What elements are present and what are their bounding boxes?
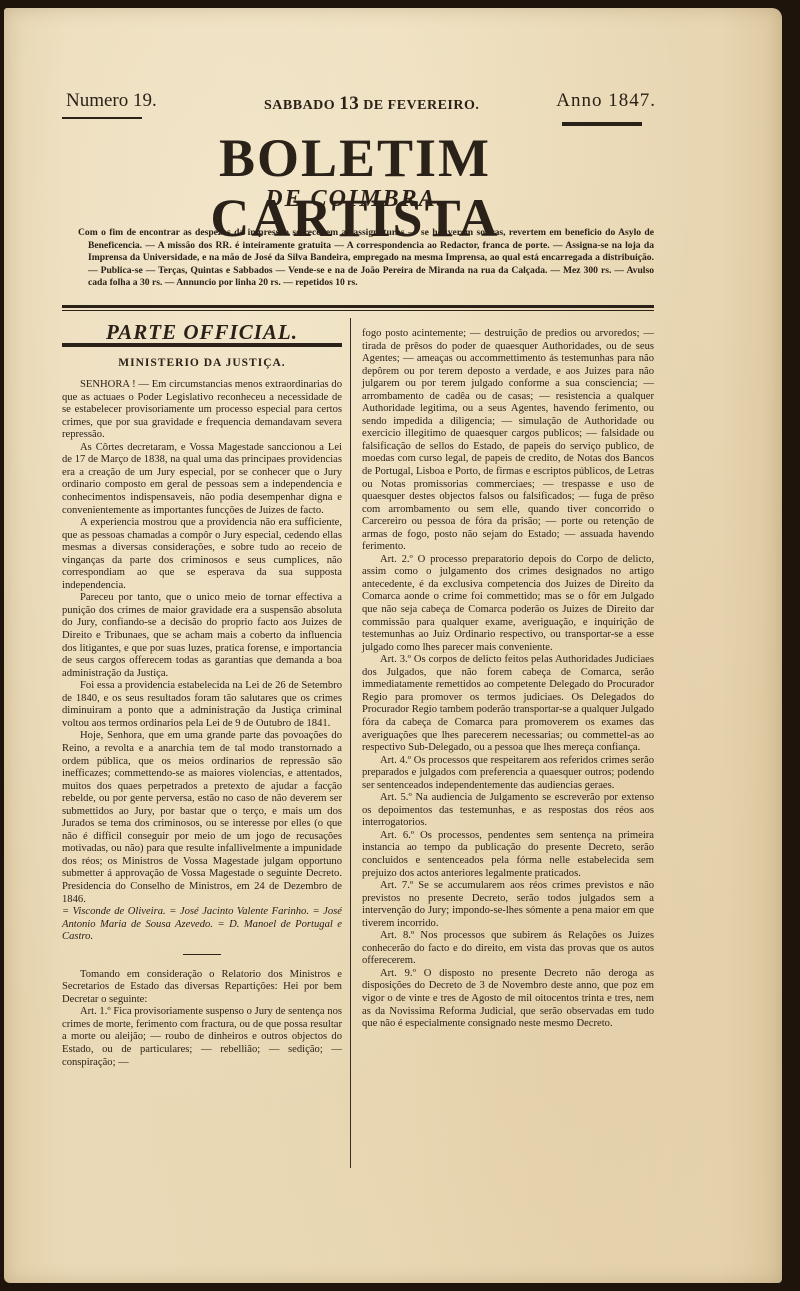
issue-year: Anno 1847.: [556, 90, 656, 112]
article-paragraph: Pareceu por tanto, que o unico meio de t…: [62, 592, 342, 680]
subscription-notice-text: Com o fim de encontrar as despezas da im…: [88, 227, 654, 290]
date-month: DE FEVEREIRO.: [363, 98, 479, 113]
issue-number: Numero 19.: [66, 90, 157, 112]
left-column: PARTE OFFICIAL. MINISTERIO DA JUSTIÇA. S…: [62, 320, 342, 1069]
decree-intro: Tomando em consideração o Relatorio dos …: [62, 969, 342, 1007]
newspaper-content: Numero 19. SABBADO 13 DE FEVEREIRO. Anno…: [0, 0, 800, 1291]
article-paragraph: As Côrtes decretaram, e Vossa Magestade …: [62, 442, 342, 517]
article-paragraph: Foi essa a providencia estabelecida na L…: [62, 680, 342, 730]
decree-article-9: Art. 9.º O disposto no presente Decreto …: [362, 968, 654, 1031]
header-divider-thin: [62, 310, 654, 311]
subscription-notice: Com o fim de encontrar as despezas da im…: [78, 227, 654, 290]
decree-article-8: Art. 8.º Nos processos que subirem ás Re…: [362, 930, 654, 968]
article-paragraph: A experiencia mostrou que a providencia …: [62, 517, 342, 592]
decree-article-5: Art. 5.º Na audiencia de Julgamento se e…: [362, 792, 654, 830]
decree-article-7: Art. 7.º Se se accumularem aos réos crim…: [362, 880, 654, 930]
right-column: fogo posto acintemente; — destruição de …: [362, 328, 654, 1031]
date-weekday: SABBADO: [264, 98, 335, 113]
decree-article-6: Art. 6.º Os processos, pendentes sem sen…: [362, 830, 654, 880]
separator-rule: [183, 954, 221, 955]
column-divider: [350, 318, 351, 1168]
decree-article-2: Art. 2.º O processo preparatorio depois …: [362, 554, 654, 654]
masthead-rule-left: [62, 117, 142, 119]
issue-date: SABBADO 13 DE FEVEREIRO.: [264, 93, 479, 115]
article-paragraph: SENHORA ! — Em circumstancias menos extr…: [62, 379, 342, 442]
header-divider: [62, 305, 654, 308]
article-paragraph: Hoje, Senhora, que em uma grande parte d…: [62, 730, 342, 906]
article-paragraph: fogo posto acintemente; — destruição de …: [362, 328, 654, 554]
decree-article-3: Art. 3.º Os corpos de delicto feitos pel…: [362, 654, 654, 754]
decree-article-1: Art. 1.º Fica provisoriamente suspenso o…: [62, 1006, 342, 1069]
masthead-info-row: Numero 19. SABBADO 13 DE FEVEREIRO. Anno…: [66, 90, 656, 112]
decree-article-4: Art. 4.º Os processos que respeitarem ao…: [362, 755, 654, 793]
date-day: 13: [339, 93, 359, 114]
section-heading: PARTE OFFICIAL.: [62, 326, 342, 339]
masthead-rule-right: [562, 122, 642, 126]
ministry-heading: MINISTERIO DA JUSTIÇA.: [62, 357, 342, 370]
newspaper-subtitle: DE COIMBRA.: [70, 186, 640, 213]
minister-signatures: = Visconde de Oliveira. = José Jacinto V…: [62, 906, 342, 944]
